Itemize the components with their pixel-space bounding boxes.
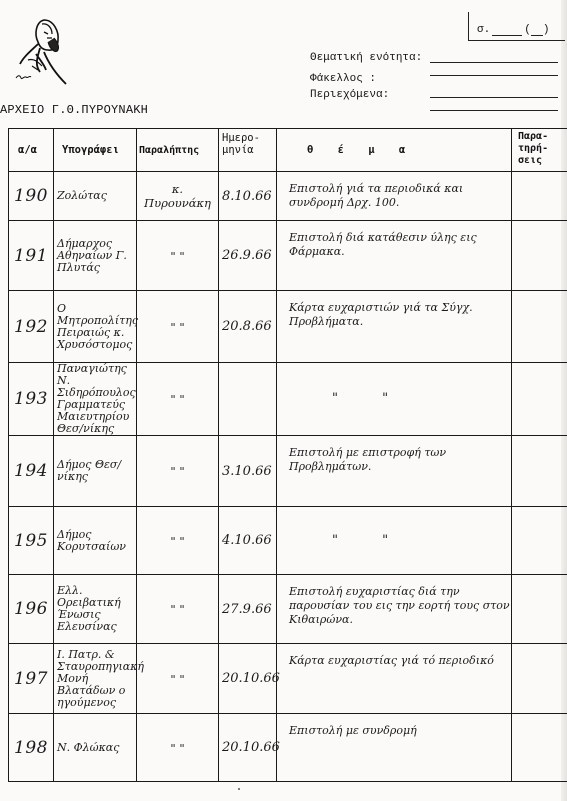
row-date: 4.10.66 — [219, 507, 277, 575]
row-recipient: " " — [137, 436, 219, 507]
row-signer: Δήμος Κορυτσαίων — [54, 507, 137, 575]
row-remarks — [512, 221, 567, 291]
row-subject: Κάρτα ευχαριστιών γιά τα Σύγχ. Προβλήματ… — [277, 291, 512, 363]
field-line-extra — [430, 75, 558, 76]
row-remarks — [512, 436, 567, 507]
row-remarks — [512, 291, 567, 363]
row-signer: Ζολώτας — [54, 172, 137, 221]
row-remarks — [512, 507, 567, 575]
field-label-thematic-unit: Θεματική ενότητα: — [310, 52, 422, 64]
row-recipient: " " — [137, 644, 219, 714]
correspondence-table: α/α Υπογράφει Παραλήπτης Ημερο- μηνία θ … — [8, 128, 567, 782]
row-subject: " " — [277, 363, 512, 436]
row-number: 194 — [9, 436, 54, 507]
row-subject: Κάρτα ευχαριστίας γιά τό περιοδικό — [277, 644, 512, 714]
row-number: 195 — [9, 507, 54, 575]
row-number: 197 — [9, 644, 54, 714]
row-number: 196 — [9, 575, 54, 644]
column-header-date: Ημερο- μηνία — [219, 129, 277, 172]
row-signer: Ο Μητροπολίτης Πειραιώς κ. Χρυσόστομος — [54, 291, 137, 363]
row-number: 193 — [9, 363, 54, 436]
field-line-folder — [430, 97, 558, 98]
row-remarks — [512, 363, 567, 436]
row-remarks — [512, 172, 567, 221]
field-label-contents: Περιεχόμενα: — [310, 89, 389, 101]
row-recipient: " " — [137, 714, 219, 782]
table-row: 198Ν. Φλώκας" "20.10.66Επιστολή με συνδρ… — [9, 714, 567, 782]
row-recipient: " " — [137, 575, 219, 644]
column-header-subject: θ έ μ α — [277, 129, 512, 172]
row-signer: Δήμαρχος Αθηναίων Γ. Πλυτάς — [54, 221, 137, 291]
row-subject: Επιστολή με συνδρομή — [277, 714, 512, 782]
row-subject: Επιστολή με επιστροφή των Προβλημάτων. — [277, 436, 512, 507]
row-signer: Ι. Πατρ. & Σταυροπηγιακή Μονή Βλατάδων ο… — [54, 644, 137, 714]
row-recipient: " " — [137, 291, 219, 363]
row-recipient: " " — [137, 507, 219, 575]
reference-page-blank — [492, 25, 522, 36]
row-date: 20.10.66 — [219, 644, 277, 714]
row-date: 27.9.66 — [219, 575, 277, 644]
column-header-signer: Υπογράφει — [54, 129, 137, 172]
row-recipient: " " — [137, 363, 219, 436]
row-signer: Ελλ. Ορειβατική Ένωσις Ελευσίνας — [54, 575, 137, 644]
row-subject: Επιστολή ευχαριστίας διά την παρουσίαν τ… — [277, 575, 512, 644]
row-date: 3.10.66 — [219, 436, 277, 507]
row-date: 8.10.66 — [219, 172, 277, 221]
table-row: 190Ζολώταςκ. Πυρουνάκη8.10.66Επιστολή γι… — [9, 172, 567, 221]
table-row: 196Ελλ. Ορειβατική Ένωσις Ελευσίνας" "27… — [9, 575, 567, 644]
reference-open-paren: ( — [524, 24, 531, 36]
row-number: 192 — [9, 291, 54, 363]
table-row: 194Δήμος Θεσ/νίκης" "3.10.66Επιστολή με … — [9, 436, 567, 507]
row-date: 20.10.66 — [219, 714, 277, 782]
column-header-number: α/α — [9, 129, 54, 172]
row-date — [219, 363, 277, 436]
table-row: 192Ο Μητροπολίτης Πειραιώς κ. Χρυσόστομο… — [9, 291, 567, 363]
row-remarks — [512, 714, 567, 782]
row-signer: Παναγιώτης Ν. Σιδηρόπουλος Γραμματεύς Μα… — [54, 363, 137, 436]
row-recipient: κ. Πυρουνάκη — [137, 172, 219, 221]
reference-number: σ.() — [477, 24, 549, 36]
field-label-folder: Φάκελλος : — [310, 73, 376, 85]
table-row: 191Δήμαρχος Αθηναίων Γ. Πλυτάς" "26.9.66… — [9, 221, 567, 291]
row-recipient: " " — [137, 221, 219, 291]
row-subject: " " — [277, 507, 512, 575]
reference-close-paren: ) — [543, 24, 550, 36]
row-signer: Ν. Φλώκας — [54, 714, 137, 782]
row-subject: Επιστολή διά κατάθεσιν ύλης εις Φάρμακα. — [277, 221, 512, 291]
paper-speck — [238, 788, 240, 790]
column-header-recipient: Παραλήπτης — [137, 129, 219, 172]
row-signer: Δήμος Θεσ/νίκης — [54, 436, 137, 507]
table-header-row: α/α Υπογράφει Παραλήπτης Ημερο- μηνία θ … — [9, 129, 567, 172]
row-date: 26.9.66 — [219, 221, 277, 291]
table-row: 195Δήμος Κορυτσαίων" "4.10.66" " — [9, 507, 567, 575]
row-date: 20.8.66 — [219, 291, 277, 363]
row-number: 198 — [9, 714, 54, 782]
row-number: 190 — [9, 172, 54, 221]
field-line-thematic-unit — [430, 62, 558, 63]
column-header-remarks: Παρα- τηρή- σεις — [512, 129, 567, 172]
row-remarks — [512, 644, 567, 714]
archive-title: ΑΡΧΕΙΟ Γ.Θ.ΠΥΡΟΥΝΑΚΗ — [0, 103, 148, 117]
table-row: 193Παναγιώτης Ν. Σιδηρόπουλος Γραμματεύς… — [9, 363, 567, 436]
reference-box: σ.() — [468, 12, 565, 41]
portrait-sketch-icon — [14, 14, 84, 86]
field-line-contents — [430, 110, 558, 111]
table-row: 197Ι. Πατρ. & Σταυροπηγιακή Μονή Βλατάδω… — [9, 644, 567, 714]
row-subject: Επιστολή γιά τα περιοδικά και συνδρομή Δ… — [277, 172, 512, 221]
row-number: 191 — [9, 221, 54, 291]
row-remarks — [512, 575, 567, 644]
reference-prefix: σ. — [477, 24, 490, 36]
reference-sub-blank — [531, 25, 543, 36]
